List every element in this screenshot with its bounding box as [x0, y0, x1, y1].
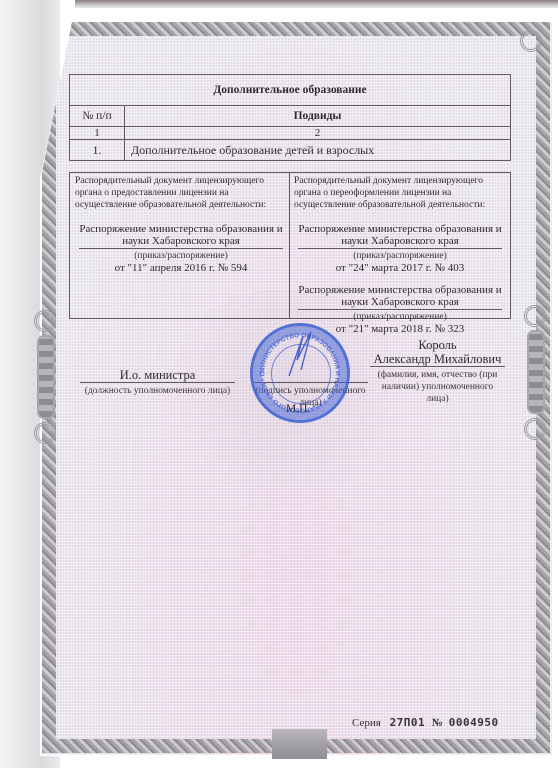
order-name: Распоряжение министерства образования и …: [79, 223, 283, 249]
number-sign: №: [432, 717, 443, 729]
column-header-number: № п/п: [70, 106, 125, 127]
order-date: от "24" марта 2017 г. № 403: [294, 262, 506, 275]
series-number: 0004950: [449, 716, 499, 729]
administrative-documents-box: Распорядительный документ лицензирующего…: [69, 172, 511, 319]
column-index: 1: [70, 127, 125, 140]
order-name: Распоряжение министерства образования и …: [298, 223, 502, 249]
column-index: 2: [125, 127, 511, 140]
knot-ornament-icon: [34, 310, 56, 332]
reissue-order-column: Распорядительный документ лицензирующего…: [294, 175, 506, 336]
order-kind: (приказ/распоряжение): [294, 250, 506, 262]
order-entry: Распоряжение министерства образования и …: [75, 223, 287, 275]
order-kind: (приказ/распоряжение): [294, 311, 506, 323]
column-header-subtypes: Подвиды: [125, 106, 511, 127]
row-number: 1.: [70, 140, 125, 161]
position-caption: (должность уполномоченного лица): [80, 382, 235, 397]
table-row: 1. Дополнительное образование детей и вз…: [70, 140, 511, 161]
column-divider: [289, 173, 290, 318]
name-given: Александр Михайлович: [370, 352, 505, 366]
row-subtype: Дополнительное образование детей и взрос…: [125, 140, 511, 161]
corner-ornament-icon: [520, 30, 542, 52]
bottom-ornament-tab: [272, 729, 327, 759]
table-title: Дополнительное образование: [70, 75, 511, 106]
order-kind: (приказ/распоряжение): [75, 250, 287, 262]
stamp-place-label: М.П.: [286, 403, 310, 415]
reissue-order-label: Распорядительный документ лицензирующего…: [294, 175, 506, 211]
left-ornament-panel: [37, 335, 55, 419]
issuance-order-label: Распорядительный документ лицензирующего…: [75, 175, 287, 211]
order-entry: Распоряжение министерства образования и …: [294, 223, 506, 275]
name-surname: Король: [370, 338, 505, 352]
knot-ornament-icon: [524, 418, 546, 440]
right-ornament-panel: [527, 330, 545, 414]
series-code: 27П01: [390, 716, 426, 729]
order-date: от "11" апреля 2016 г. № 594: [75, 262, 287, 275]
knot-ornament-icon: [34, 422, 56, 444]
name-caption: (фамилия, имя, отчество (при наличии) уп…: [370, 366, 505, 405]
series-label: Серия: [352, 717, 381, 729]
signatory-position: И.о. министра (должность уполномоченного…: [80, 368, 235, 397]
knot-ornament-icon: [524, 305, 546, 327]
issuance-order-column: Распорядительный документ лицензирующего…: [75, 175, 287, 275]
signatory-name: Король Александр Михайлович (фамилия, им…: [370, 338, 505, 405]
form-series: Серия 27П01 № 0004950: [352, 716, 499, 729]
position-value: И.о. министра: [80, 368, 235, 382]
handwritten-signature-icon: [285, 330, 315, 380]
education-subtypes-table: Дополнительное образование № п/п Подвиды…: [69, 74, 511, 161]
order-name: Распоряжение министерства образования и …: [298, 284, 502, 310]
